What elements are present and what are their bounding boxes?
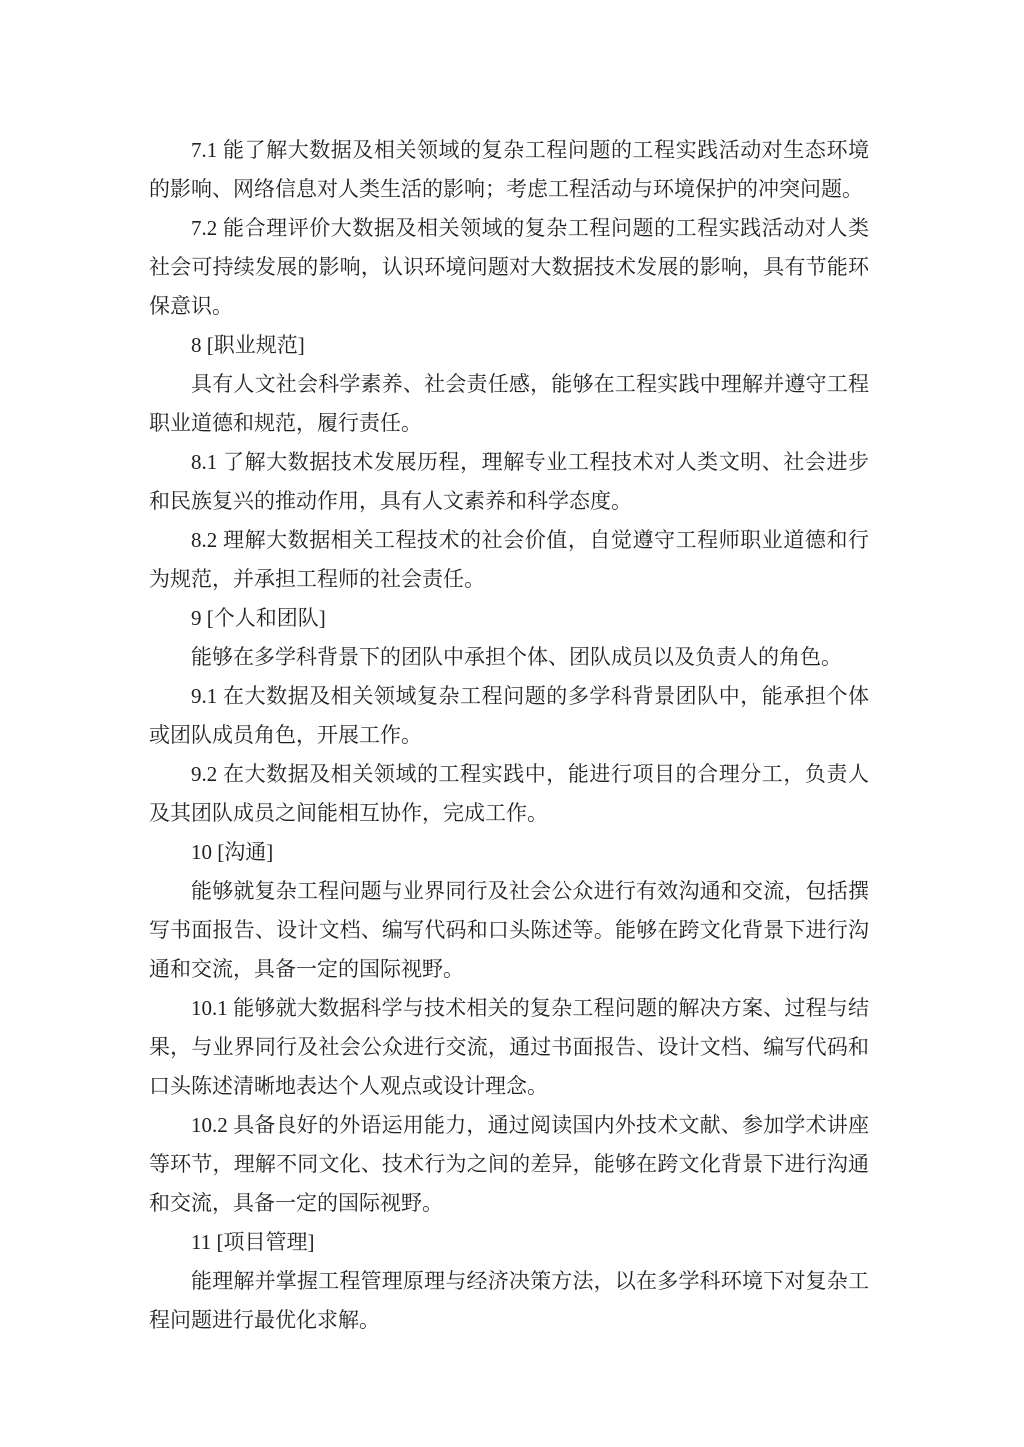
para-item-8-1: 8.1 了解大数据技术发展历程，理解专业工程技术对人类文明、社会进步和民族复兴的…	[149, 443, 869, 521]
para-intro-10: 能够就复杂工程问题与业界同行及社会公众进行有效沟通和交流，包括撰写书面报告、设计…	[149, 872, 869, 989]
para-item-7-1: 7.1 能了解大数据及相关领域的复杂工程问题的工程实践活动对生态环境的影响、网络…	[149, 131, 869, 209]
document-page: 7.1 能了解大数据及相关领域的复杂工程问题的工程实践活动对生态环境的影响、网络…	[0, 0, 1024, 1447]
para-item-7-2: 7.2 能合理评价大数据及相关领域的复杂工程问题的工程实践活动对人类社会可持续发…	[149, 209, 869, 326]
para-item-8-2: 8.2 理解大数据相关工程技术的社会价值，自觉遵守工程师职业道德和行为规范，并承…	[149, 521, 869, 599]
heading-section-10: 10 [沟通]	[149, 833, 869, 872]
para-intro-8: 具有人文社会科学素养、社会责任感，能够在工程实践中理解并遵守工程职业道德和规范，…	[149, 365, 869, 443]
para-intro-9: 能够在多学科背景下的团队中承担个体、团队成员以及负责人的角色。	[149, 638, 869, 677]
heading-section-8: 8 [职业规范]	[149, 326, 869, 365]
document-content: 7.1 能了解大数据及相关领域的复杂工程问题的工程实践活动对生态环境的影响、网络…	[149, 131, 869, 1340]
heading-section-9: 9 [个人和团队]	[149, 599, 869, 638]
para-item-9-1: 9.1 在大数据及相关领域复杂工程问题的多学科背景团队中，能承担个体或团队成员角…	[149, 677, 869, 755]
heading-section-11: 11 [项目管理]	[149, 1223, 869, 1262]
para-item-10-1: 10.1 能够就大数据科学与技术相关的复杂工程问题的解决方案、过程与结果，与业界…	[149, 989, 869, 1106]
para-intro-11: 能理解并掌握工程管理原理与经济决策方法，以在多学科环境下对复杂工程问题进行最优化…	[149, 1262, 869, 1340]
para-item-9-2: 9.2 在大数据及相关领域的工程实践中，能进行项目的合理分工，负责人及其团队成员…	[149, 755, 869, 833]
para-item-10-2: 10.2 具备良好的外语运用能力，通过阅读国内外技术文献、参加学术讲座等环节，理…	[149, 1106, 869, 1223]
